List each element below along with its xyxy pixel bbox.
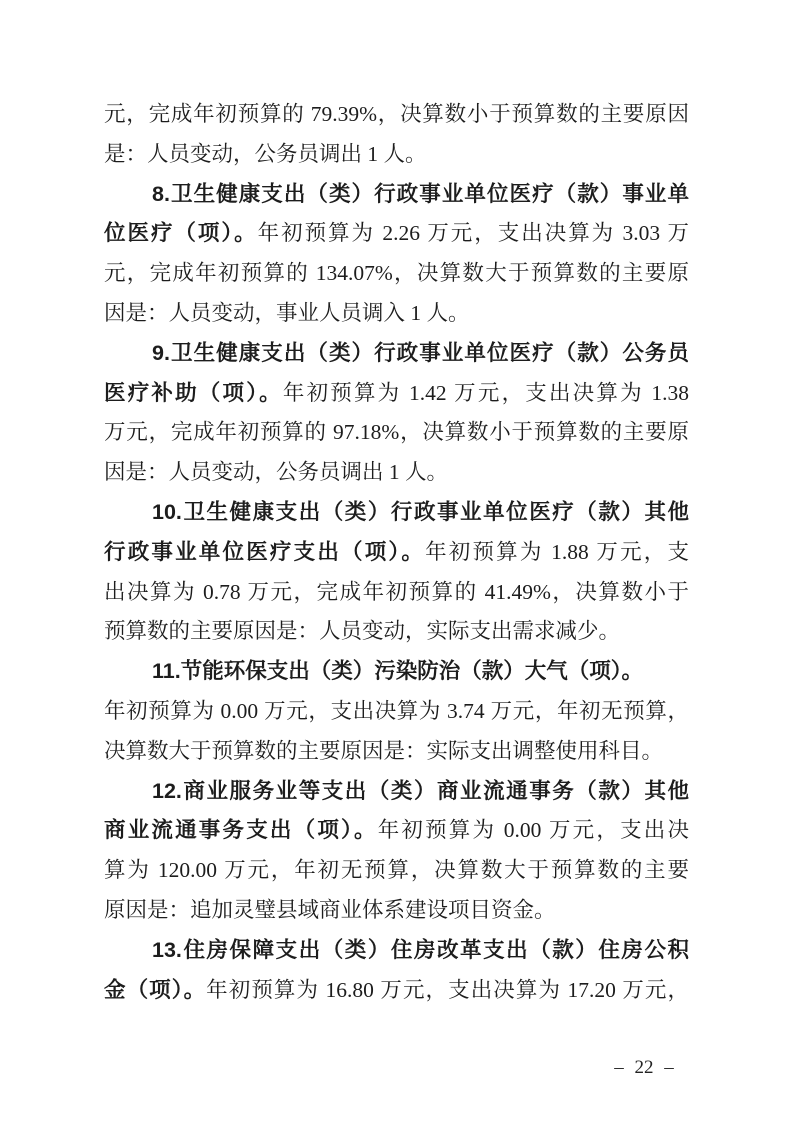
heading-segment: 9.卫生健康支出（类）行政事业单位医疗（款）公务员 xyxy=(152,341,689,365)
text-line: 元，完成年初预算的 134.07%，决算数大于预算数的主要原 xyxy=(104,254,689,294)
heading-segment: 10.卫生健康支出（类）行政事业单位医疗（款）其他 xyxy=(152,500,689,524)
text-line: 9.卫生健康支出（类）行政事业单位医疗（款）公务员 xyxy=(104,334,689,374)
text-line: 13.住房保障支出（类）住房改革支出（款）住房公积 xyxy=(104,931,689,971)
text-line: 万元，完成年初预算的 97.18%，决算数小于预算数的主要原 xyxy=(104,413,689,453)
body-segment: 决算数大于预算数的主要原因是：实际支出调整使用科目。 xyxy=(104,739,663,763)
body-segment: 算为 120.00 万元，年初无预算，决算数大于预算数的主要 xyxy=(104,858,689,882)
text-line: 算为 120.00 万元，年初无预算，决算数大于预算数的主要 xyxy=(104,851,689,891)
body-segment: 年初预算为 1.42 万元，支出决算为 1.38 xyxy=(283,381,689,405)
page-number: – 22 – xyxy=(594,1057,694,1079)
heading-segment: 金（项）。 xyxy=(104,978,206,1002)
body-segment: 因是：人员变动，事业人员调入 1 人。 xyxy=(104,301,470,325)
text-line: 12.商业服务业等支出（类）商业流通事务（款）其他 xyxy=(104,772,689,812)
body-segment: 元，完成年初预算的 134.07%，决算数大于预算数的主要原 xyxy=(104,261,689,285)
body-segment: 元，完成年初预算的 79.39%，决算数小于预算数的主要原因 xyxy=(104,102,689,126)
text-line: 医疗补助（项）。年初预算为 1.42 万元，支出决算为 1.38 xyxy=(104,374,689,414)
heading-segment: 13.住房保障支出（类）住房改革支出（款）住房公积 xyxy=(152,938,689,962)
body-segment: 是：人员变动，公务员调出 1 人。 xyxy=(104,142,427,166)
heading-segment: 位医疗（项）。 xyxy=(104,221,258,245)
text-line: 决算数大于预算数的主要原因是：实际支出调整使用科目。 xyxy=(104,732,689,772)
text-line: 10.卫生健康支出（类）行政事业单位医疗（款）其他 xyxy=(104,493,689,533)
text-line: 11.节能环保支出（类）污染防治（款）大气（项）。 xyxy=(104,652,689,692)
text-line: 位医疗（项）。年初预算为 2.26 万元，支出决算为 3.03 万 xyxy=(104,214,689,254)
body-segment: 出决算为 0.78 万元，完成年初预算的 41.49%，决算数小于 xyxy=(104,580,689,604)
text-line: 元，完成年初预算的 79.39%，决算数小于预算数的主要原因 xyxy=(104,95,689,135)
body-segment: 万元，完成年初预算的 97.18%，决算数小于预算数的主要原 xyxy=(104,420,689,444)
text-line: 出决算为 0.78 万元，完成年初预算的 41.49%，决算数小于 xyxy=(104,573,689,613)
heading-segment: 医疗补助（项）。 xyxy=(104,381,283,405)
body-segment: 年初预算为 0.00 万元，支出决算为 3.74 万元，年初无预算， xyxy=(104,699,689,723)
text-line: 原因是：追加灵璧县域商业体系建设项目资金。 xyxy=(104,891,689,931)
heading-segment: 11.节能环保支出（类）污染防治（款）大气（项）。 xyxy=(152,659,643,683)
body-segment: 原因是：追加灵璧县域商业体系建设项目资金。 xyxy=(104,898,556,922)
text-line: 是：人员变动，公务员调出 1 人。 xyxy=(104,135,689,175)
heading-segment: 行政事业单位医疗支出（项）。 xyxy=(104,540,425,564)
body-segment: 年初预算为 1.88 万元，支 xyxy=(425,540,689,564)
text-line: 8.卫生健康支出（类）行政事业单位医疗（款）事业单 xyxy=(104,175,689,215)
body-segment: 预算数的主要原因是：人员变动，实际支出需求减少。 xyxy=(104,619,620,643)
body-segment: 年初预算为 16.80 万元，支出决算为 17.20 万元， xyxy=(206,978,689,1002)
body-text: 元，完成年初预算的 79.39%，决算数小于预算数的主要原因是：人员变动，公务员… xyxy=(104,95,689,1010)
document-page: 元，完成年初预算的 79.39%，决算数小于预算数的主要原因是：人员变动，公务员… xyxy=(0,0,793,1122)
heading-segment: 商业流通事务支出（项）。 xyxy=(104,818,378,842)
text-line: 行政事业单位医疗支出（项）。年初预算为 1.88 万元，支 xyxy=(104,533,689,573)
text-line: 年初预算为 0.00 万元，支出决算为 3.74 万元，年初无预算， xyxy=(104,692,689,732)
text-line: 商业流通事务支出（项）。年初预算为 0.00 万元，支出决 xyxy=(104,811,689,851)
heading-segment: 12.商业服务业等支出（类）商业流通事务（款）其他 xyxy=(152,779,689,803)
body-segment: 因是：人员变动，公务员调出 1 人。 xyxy=(104,460,448,484)
text-line: 因是：人员变动，事业人员调入 1 人。 xyxy=(104,294,689,334)
body-segment: 年初预算为 2.26 万元，支出决算为 3.03 万 xyxy=(258,221,689,245)
body-segment: 年初预算为 0.00 万元，支出决 xyxy=(378,818,689,842)
heading-segment: 8.卫生健康支出（类）行政事业单位医疗（款）事业单 xyxy=(152,182,689,206)
text-line: 因是：人员变动，公务员调出 1 人。 xyxy=(104,453,689,493)
text-line: 预算数的主要原因是：人员变动，实际支出需求减少。 xyxy=(104,612,689,652)
text-line: 金（项）。年初预算为 16.80 万元，支出决算为 17.20 万元， xyxy=(104,971,689,1011)
